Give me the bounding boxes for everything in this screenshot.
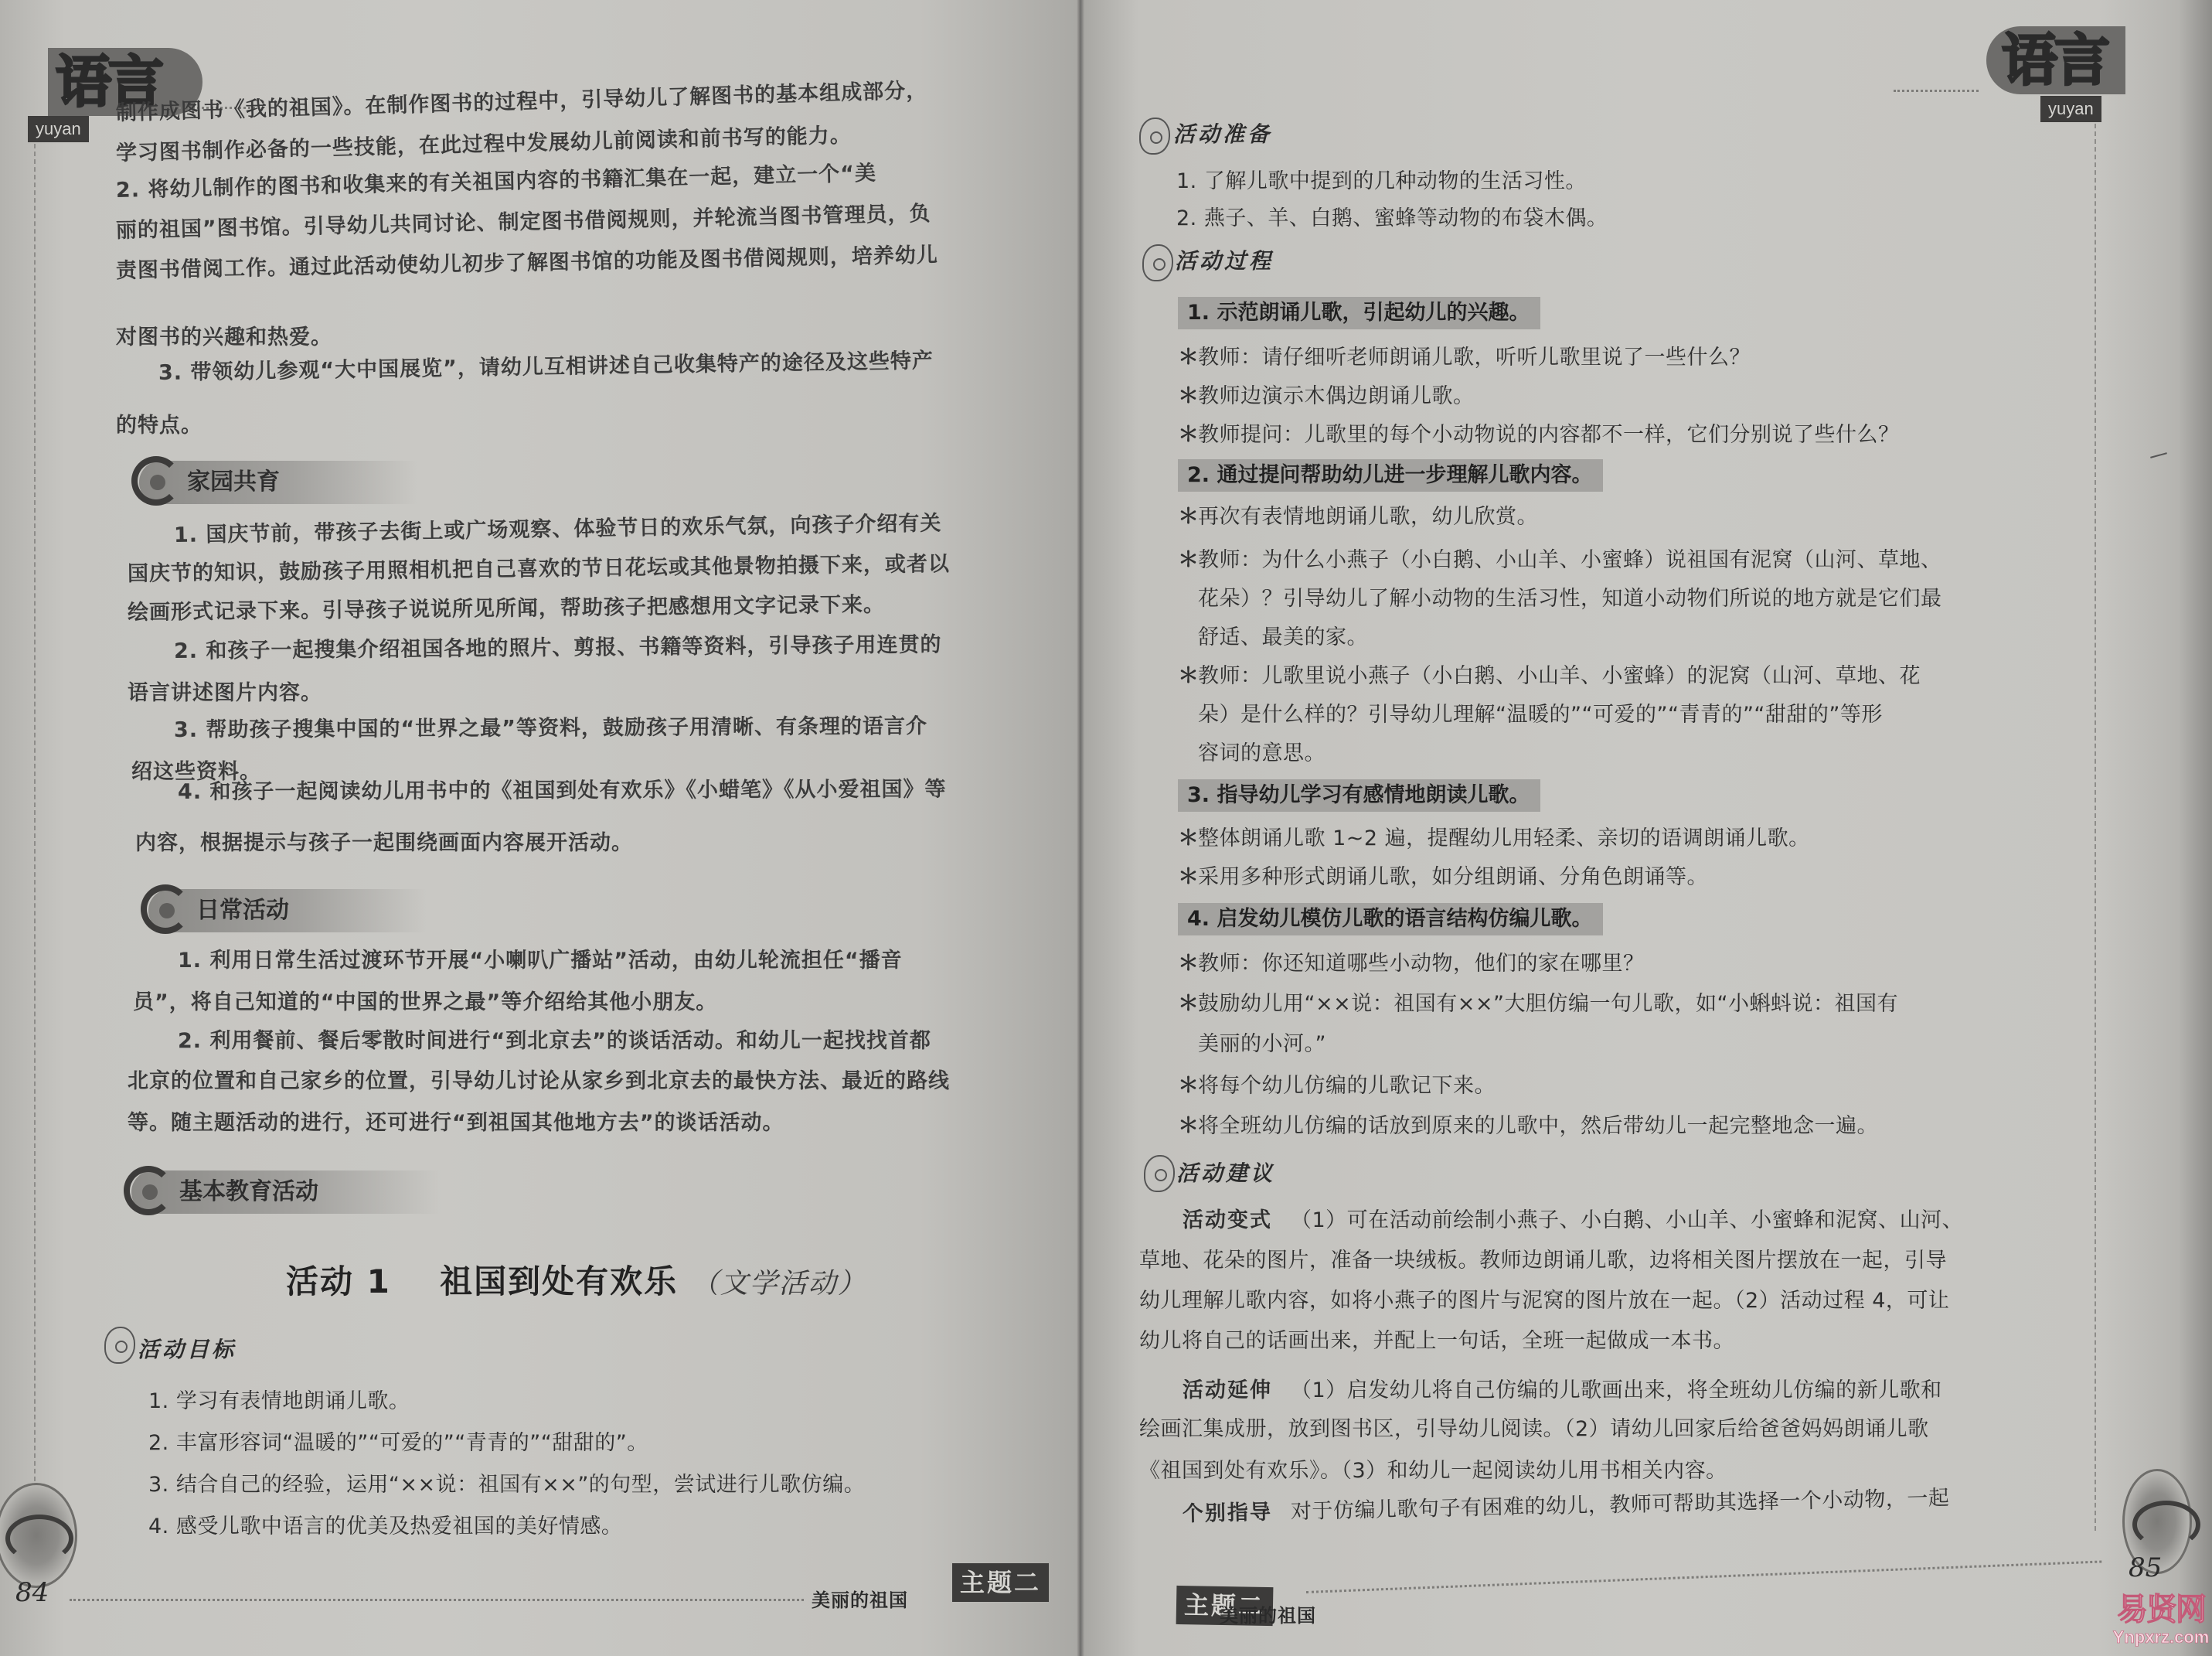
section-header-daily-activities: 日常活动 xyxy=(148,889,427,932)
goal-item-1: 1. 学习有表情地朗诵儿歌。 xyxy=(148,1389,410,1415)
process-step-2: 2. 通过提问帮助幼儿进一步理解儿歌内容。 xyxy=(1178,459,1603,492)
daily-p1-line-2: 员”，将自己知道的“中国的世界之最”等介绍给其他小朋友。 xyxy=(133,990,717,1016)
right-page: 语言 yuyan 活动准备 1. 了解儿歌中提到的几种动物的生活习性。 2. 燕… xyxy=(1082,0,2212,1656)
step3-bullet-2: ＊采用多种形式朗诵儿歌，如分组朗诵、分角色朗诵等。 xyxy=(1178,864,1708,891)
daily-p2-line-1: 2. 利用餐前、餐后零散时间进行“到北京去”的谈话活动。和幼儿一起找找首都 xyxy=(178,1028,931,1055)
step1-bullet-2: ＊教师边演示木偶边朗诵儿歌。 xyxy=(1178,383,1475,410)
doodle-face-icon xyxy=(1142,244,1173,281)
intro-p2-line-2: 丽的祖国”图书馆。引导幼儿共同讨论、制定图书借阅规则，并轮流当图书管理员，负 xyxy=(116,201,931,244)
left-page: 语言 yuyan 制作成图书《我的祖国》。在制作图书的过程中，引导幼儿了解图书的… xyxy=(0,0,1082,1656)
section-header-home-school: 家园共育 xyxy=(139,461,417,504)
intro-p3-line-2: 的特点。 xyxy=(116,413,202,439)
home-p2-line-1: 2. 和孩子一起搜集介绍祖国各地的照片、剪报、书籍等资料，引导孩子用连贯的 xyxy=(174,632,942,665)
steering-wheel-emblem-icon xyxy=(0,1483,77,1588)
suggestion-variation-line-3: 幼儿理解儿歌内容，如将小燕子的图片与泥窝的图片放在一起。（2）活动过程 4，可让 xyxy=(1139,1288,1949,1314)
process-heading: 活动过程 xyxy=(1175,247,1274,275)
process-step-1: 1. 示范朗诵儿歌，引起幼儿的兴趣。 xyxy=(1178,297,1540,329)
stray-pen-mark xyxy=(2150,452,2167,458)
process-step-3: 3. 指导幼儿学习有感情地朗读儿歌。 xyxy=(1178,779,1540,812)
suggestion-variation-line-2: 草地、花朵的图片，准备一块绒板。教师边朗诵儿歌，边将相关图片摆放在一起，引导 xyxy=(1139,1248,1947,1274)
daily-p2-line-2: 北京的位置和自己家乡的位置，引导幼儿讨论从家乡到北京去的最快方法、最近的路线 xyxy=(128,1068,950,1095)
footer-dotted-rule-left xyxy=(70,1599,804,1601)
intro-p2-line-4: 对图书的兴趣和热爱。 xyxy=(116,325,332,351)
page-number-right: 85 xyxy=(2129,1552,2162,1583)
site-watermark: 易贤网 Ynpxrz.com xyxy=(2110,1593,2212,1656)
home-p2-line-2: 语言讲述图片内容。 xyxy=(128,680,322,707)
ring-dot-icon xyxy=(142,1184,158,1200)
asterisk-bullet-icon: ＊ xyxy=(1178,1073,1198,1099)
watermark-domain: Ynpxrz.com xyxy=(2110,1627,2212,1648)
section-title: 家园共育 xyxy=(187,467,280,498)
asterisk-bullet-icon: ＊ xyxy=(1178,504,1198,530)
footer-theme-title-right: 美丽的祖国 xyxy=(1220,1600,1316,1627)
step4-bullet-2-line-2: 美丽的小河。” xyxy=(1198,1031,1326,1058)
home-p1-line-1: 1. 国庆节前，带孩子去街上或广场观察、体验节日的欢乐气氛，向孩子介绍有关 xyxy=(174,510,942,549)
asterisk-bullet-icon: ＊ xyxy=(1178,826,1198,852)
left-margin-dashed-rule xyxy=(34,144,36,1504)
step2-bullet-2-line-3: 舒适、最美的家。 xyxy=(1198,625,1368,651)
subject-logo-right: 语言 xyxy=(1986,26,2125,94)
suggestion-extension-line-1: 活动延伸（1）启发幼儿将自己仿编的儿歌画出来，将全班幼儿仿编的新儿歌和 xyxy=(1183,1378,1942,1404)
activity-number: 活动 1 xyxy=(286,1262,391,1300)
intro-line-2: 学习图书制作必备的一些技能，在此过程中发展幼儿前阅读和前书写的能力。 xyxy=(116,123,852,167)
asterisk-bullet-icon: ＊ xyxy=(1178,1113,1198,1140)
suggestions-heading: 活动建议 xyxy=(1176,1160,1275,1187)
footer-dotted-rule-right xyxy=(1306,1560,2101,1593)
asterisk-bullet-icon: ＊ xyxy=(1178,547,1198,574)
theme-badge-left: 主题二 xyxy=(952,1563,1049,1602)
activity-type: （文学活动） xyxy=(691,1268,867,1300)
suggestion-individual-line-1: 个别指导对于仿编儿歌句子有困难的幼儿，教师可帮助其选择一个小动物，一起 xyxy=(1183,1485,1950,1528)
section-header-basic-education: 基本教育活动 xyxy=(131,1170,441,1214)
step2-bullet-3-line-2: 朵）是什么样的？引导幼儿理解“温暖的”“可爱的”“青青的”“甜甜的”等形 xyxy=(1198,702,1883,728)
subject-logo-text: 语言 xyxy=(2002,28,2107,93)
section-title: 日常活动 xyxy=(196,895,289,926)
step1-bullet-3: ＊教师提问：儿歌里的每个小动物说的内容都不一样，它们分别说了些什么？ xyxy=(1178,422,1900,448)
suggestion-label: 个别指导 xyxy=(1183,1501,1273,1526)
subject-pinyin-tag: yuyan xyxy=(28,116,89,142)
asterisk-bullet-icon: ＊ xyxy=(1178,991,1198,1017)
subject-pinyin-tag-right: yuyan xyxy=(2040,96,2101,122)
doodle-face-icon xyxy=(104,1327,135,1364)
footer-theme-title-left: 美丽的祖国 xyxy=(812,1585,908,1612)
goals-heading: 活动目标 xyxy=(138,1336,237,1364)
step2-bullet-1: ＊再次有表情地朗诵儿歌，幼儿欣赏。 xyxy=(1178,504,1538,530)
page-number-left: 84 xyxy=(15,1577,49,1608)
step2-bullet-3: ＊教师：儿歌里说小燕子（小白鹅、小山羊、小蜜蜂）的泥窝（山河、草地、花 xyxy=(1178,663,1921,690)
goal-item-4: 4. 感受儿歌中语言的优美及热爱祖国的美好情感。 xyxy=(148,1514,622,1540)
process-step-4: 4. 启发幼儿模仿儿歌的语言结构仿编儿歌。 xyxy=(1178,903,1603,935)
suggestion-extension-line-3: 《祖国到处有欢乐》。（3）和幼儿一起阅读幼儿用书相关内容。 xyxy=(1139,1458,1727,1484)
activity-title: 活动 1 祖国到处有欢乐 （文学活动） xyxy=(286,1260,867,1306)
preparation-heading: 活动准备 xyxy=(1173,121,1272,148)
doodle-face-icon xyxy=(1144,1155,1175,1192)
preparation-item-1: 1. 了解儿歌中提到的几种动物的生活习性。 xyxy=(1176,169,1587,195)
book-gutter xyxy=(1077,0,1084,1656)
home-p1-line-2: 国庆节的知识，鼓励孩子用照相机把自己喜欢的节日花坛或其他景物拍摄下来，或者以 xyxy=(128,551,950,588)
intro-p2-line-1: 2. 将幼儿制作的图书和收集来的有关祖国内容的书籍汇集在一起，建立一个“美 xyxy=(116,161,877,204)
intro-p2-line-3: 责图书借阅工作。通过此活动使幼儿初步了解图书馆的功能及图书借阅规则，培养幼儿 xyxy=(116,243,938,285)
section-title: 基本教育活动 xyxy=(179,1177,318,1208)
asterisk-bullet-icon: ＊ xyxy=(1178,864,1198,891)
home-p4-line-2: 内容，根据提示与孩子一起围绕画面内容展开活动。 xyxy=(135,830,633,857)
home-p3-line-1: 3. 帮助孩子搜集中国的“世界之最”等资料，鼓励孩子用清晰、有条理的语言介 xyxy=(174,714,927,744)
step1-bullet-1: ＊教师：请仔细听老师朗诵儿歌，听听儿歌里说了一些什么？ xyxy=(1178,345,1751,371)
step4-bullet-3: ＊将每个幼儿仿编的儿歌记下来。 xyxy=(1178,1073,1496,1099)
asterisk-bullet-icon: ＊ xyxy=(1178,951,1198,977)
asterisk-bullet-icon: ＊ xyxy=(1178,383,1198,410)
step4-bullet-1: ＊教师：你还知道哪些小动物，他们的家在哪里？ xyxy=(1178,951,1645,977)
preparation-item-2: 2. 燕子、羊、白鹅、蜜蜂等动物的布袋木偶。 xyxy=(1176,206,1608,232)
suggestion-label: 活动变式 xyxy=(1183,1208,1272,1232)
ring-dot-icon xyxy=(150,475,165,490)
home-p4-line-1: 4. 和孩子一起阅读幼儿用书中的《祖国到处有欢乐》《小蜡笔》《从小爱祖国》等 xyxy=(178,777,947,806)
suggestion-variation-line-1: 活动变式（1）可在活动前绘制小燕子、小白鹅、小山羊、小蜜蜂和泥窝、山河、 xyxy=(1183,1208,1963,1234)
suggestion-extension-line-2: 绘画汇集成册，放到图书区，引导幼儿阅读。（2）请幼儿回家后给爸爸妈妈朗诵儿歌 xyxy=(1139,1416,1929,1443)
intro-line-1: 制作成图书《我的祖国》。在制作图书的过程中，引导幼儿了解图书的基本组成部分， xyxy=(116,78,928,127)
daily-p2-line-3: 等。随主题活动的进行，还可进行“到祖国其他地方去”的谈话活动。 xyxy=(128,1110,784,1136)
logo-dotted-rule-right xyxy=(1894,90,1979,92)
daily-p1-line-1: 1. 利用日常生活过渡环节开展“小喇叭广播站”活动，由幼儿轮流担任“播音 xyxy=(178,948,903,974)
intro-p3-line-1: 3. 带领幼儿参观“大中国展览”，请幼儿互相讲述自己收集特产的途径及这些特产 xyxy=(158,348,934,387)
step3-bullet-1: ＊整体朗诵儿歌 1~2 遍，提醒幼儿用轻柔、亲切的语调朗诵儿歌。 xyxy=(1178,826,1810,852)
activity-name: 祖国到处有欢乐 xyxy=(440,1262,678,1300)
step2-bullet-2-line-2: 花朵）？引导幼儿了解小动物的生活习性，知道小动物们所说的地方就是它们最 xyxy=(1198,586,1942,612)
suggestion-label: 活动延伸 xyxy=(1183,1378,1272,1402)
step2-bullet-2: ＊教师：为什么小燕子（小白鹅、小山羊、小蜜蜂）说祖国有泥窝（山河、草地、 xyxy=(1178,547,1942,574)
goal-item-2: 2. 丰富形容词“温暖的”“可爱的”“青青的”“甜甜的”。 xyxy=(148,1430,648,1457)
asterisk-bullet-icon: ＊ xyxy=(1178,345,1198,371)
doodle-flower-icon xyxy=(1139,118,1170,155)
right-margin-dashed-rule xyxy=(2095,124,2096,1531)
watermark-brand: 易贤网 xyxy=(2110,1593,2212,1627)
suggestion-variation-line-4: 幼儿将自己的话画出来，并配上一句话，全班一起做成一本书。 xyxy=(1139,1328,1734,1354)
step4-bullet-4: ＊将全班幼儿仿编的话放到原来的儿歌中，然后带幼儿一起完整地念一遍。 xyxy=(1178,1113,1878,1140)
step2-bullet-3-line-3: 容词的意思。 xyxy=(1198,741,1325,767)
asterisk-bullet-icon: ＊ xyxy=(1178,663,1198,690)
step4-bullet-2: ＊鼓励幼儿用“××说：祖国有××”大胆仿编一句儿歌，如“小蝌蚪说：祖国有 xyxy=(1178,991,1898,1017)
home-p1-line-3: 绘画形式记录下来。引导孩子说说所见所闻，帮助孩子把感想用文字记录下来。 xyxy=(128,592,885,626)
asterisk-bullet-icon: ＊ xyxy=(1178,422,1198,448)
ring-dot-icon xyxy=(159,903,175,918)
goal-item-3: 3. 结合自己的经验，运用“××说：祖国有××”的句型，尝试进行儿歌仿编。 xyxy=(148,1472,865,1498)
